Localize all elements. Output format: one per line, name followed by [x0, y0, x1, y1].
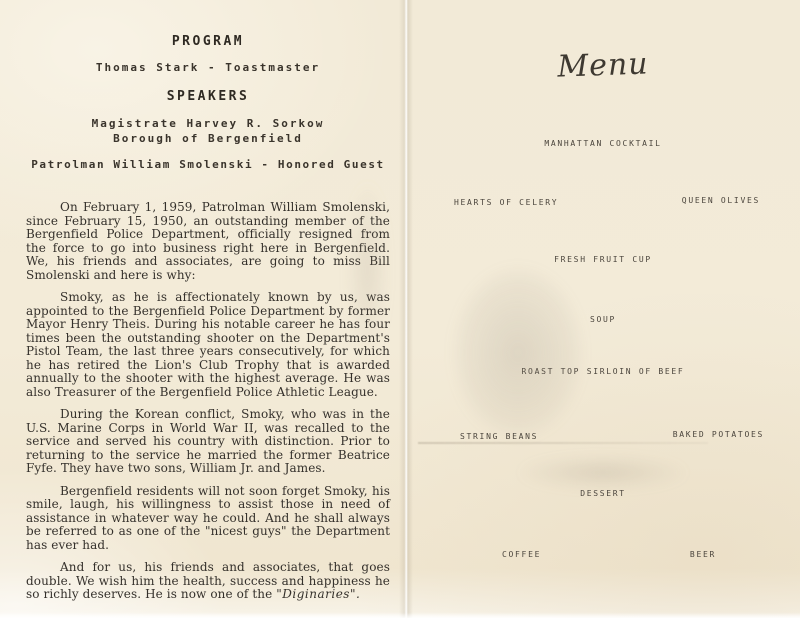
menu-item-coffee: COFFEE: [502, 550, 541, 559]
speaker-title: Borough of Bergenfield: [26, 132, 390, 145]
menu-item-fresh-fruit-cup: FRESH FRUIT CUP: [554, 255, 652, 264]
speaker-name: Magistrate Harvey R. Sorkow: [26, 117, 390, 130]
scanned-program-booklet: PROGRAM Thomas Stark - Toastmaster SPEAK…: [0, 0, 800, 618]
menu-item-baked-potatoes: BAKED POTATOES: [673, 430, 764, 439]
paragraph-1: On February 1, 1959, Patrolman William S…: [26, 201, 390, 282]
paragraph-3: During the Korean conflict, Smoky, who w…: [26, 408, 390, 476]
menu-item-dessert: DESSERT: [580, 489, 626, 498]
speakers-heading: SPEAKERS: [26, 89, 390, 104]
menu-item-queen-olives: QUEEN OLIVES: [682, 196, 760, 205]
menu-item-string-beans: STRING BEANS: [460, 432, 538, 441]
menu-item-manhattan-cocktail: MANHATTAN COCKTAIL: [544, 139, 661, 148]
menu-item-soup: SOUP: [590, 315, 616, 324]
paragraph-5: And for us, his friends and associates, …: [26, 561, 390, 602]
paragraph-4: Bergenfield residents will not soon forg…: [26, 485, 390, 553]
toastmaster-line: Thomas Stark - Toastmaster: [26, 61, 390, 74]
menu-item-roast-top-sirloin: ROAST TOP SIRLOIN OF BEEF: [522, 367, 685, 376]
paragraph-2: Smoky, as he is affectionately known by …: [26, 291, 390, 399]
program-page: PROGRAM Thomas Stark - Toastmaster SPEAK…: [0, 0, 406, 618]
tribute-text: On February 1, 1959, Patrolman William S…: [26, 201, 390, 602]
program-heading: PROGRAM: [26, 34, 390, 49]
honored-guest-line: Patrolman William Smolenski - Honored Gu…: [26, 158, 390, 171]
menu-item-beer: BEER: [690, 550, 716, 559]
paragraph-5-flourish: "Diginaries".: [276, 587, 360, 601]
menu-title: Menu: [557, 46, 649, 84]
menu-item-hearts-of-celery: HEARTS OF CELERY: [454, 198, 558, 207]
menu-page: Menu MANHATTAN COCKTAIL HEARTS OF CELERY…: [406, 0, 800, 618]
